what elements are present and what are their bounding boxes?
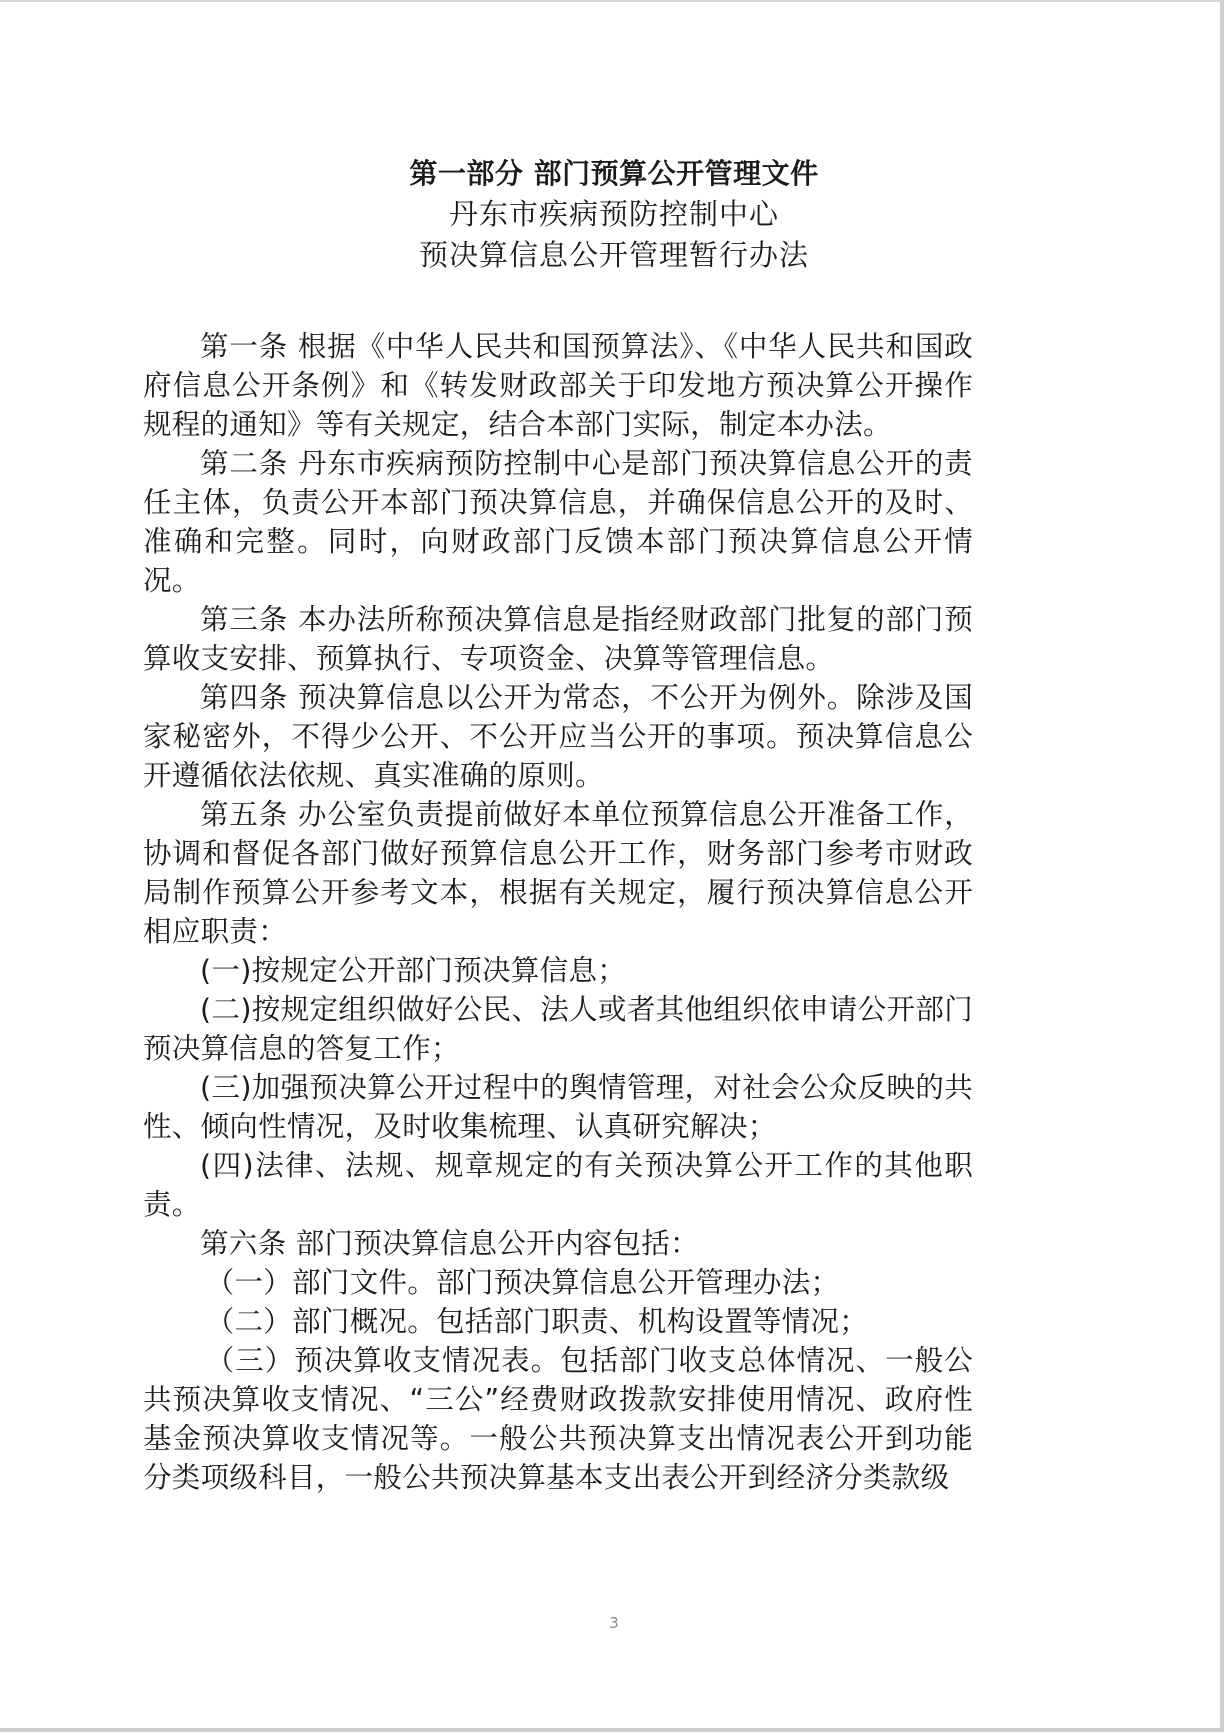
section-title: 第一部分 部门预算公开管理文件 <box>0 154 1228 194</box>
article-4: 第四条 预决算信息以公开为常态，不公开为例外。除涉及国家秘密外，不得少公开、不公… <box>143 678 973 795</box>
article-5-item-2: (二)按规定组织做好公民、法人或者其他组织依申请公开部门预决算信息的答复工作； <box>143 990 973 1068</box>
article-5-item-4: (四)法律、法规、规章规定的有关预决算公开工作的其他职责。 <box>143 1146 973 1224</box>
document-body: 第一条 根据《中华人民共和国预算法》、《中华人民共和国政府信息公开条例》和《转发… <box>143 327 973 1497</box>
article-6-item-2: （二）部门概况。包括部门职责、机构设置等情况； <box>143 1302 973 1341</box>
article-2: 第二条 丹东市疾病预防控制中心是部门预决算信息公开的责任主体，负责公开本部门预决… <box>143 444 973 600</box>
document-page: 第一部分 部门预算公开管理文件 丹东市疾病预防控制中心 预决算信息公开管理暂行办… <box>0 0 1224 1732</box>
organization-name: 丹东市疾病预防控制中心 <box>0 194 1228 235</box>
article-5-item-3: (三)加强预决算公开过程中的舆情管理，对社会公众反映的共性、倾向性情况，及时收集… <box>143 1068 973 1146</box>
article-5: 第五条 办公室负责提前做好本单位预算信息公开准备工作，协调和督促各部门做好预算信… <box>143 795 973 951</box>
document-heading: 第一部分 部门预算公开管理文件 丹东市疾病预防控制中心 预决算信息公开管理暂行办… <box>0 154 1228 276</box>
article-1: 第一条 根据《中华人民共和国预算法》、《中华人民共和国政府信息公开条例》和《转发… <box>143 327 973 444</box>
article-6-item-1: （一）部门文件。部门预决算信息公开管理办法； <box>143 1263 973 1302</box>
article-5-item-1: (一)按规定公开部门预决算信息； <box>143 951 973 990</box>
document-title: 预决算信息公开管理暂行办法 <box>0 235 1228 276</box>
page-number: 3 <box>0 1614 1228 1632</box>
article-3: 第三条 本办法所称预决算信息是指经财政部门批复的部门预算收支安排、预算执行、专项… <box>143 600 973 678</box>
article-6-item-3: （三）预决算收支情况表。包括部门收支总体情况、一般公共预决算收支情况、“三公”经… <box>143 1341 973 1497</box>
article-6: 第六条 部门预决算信息公开内容包括： <box>143 1224 973 1263</box>
